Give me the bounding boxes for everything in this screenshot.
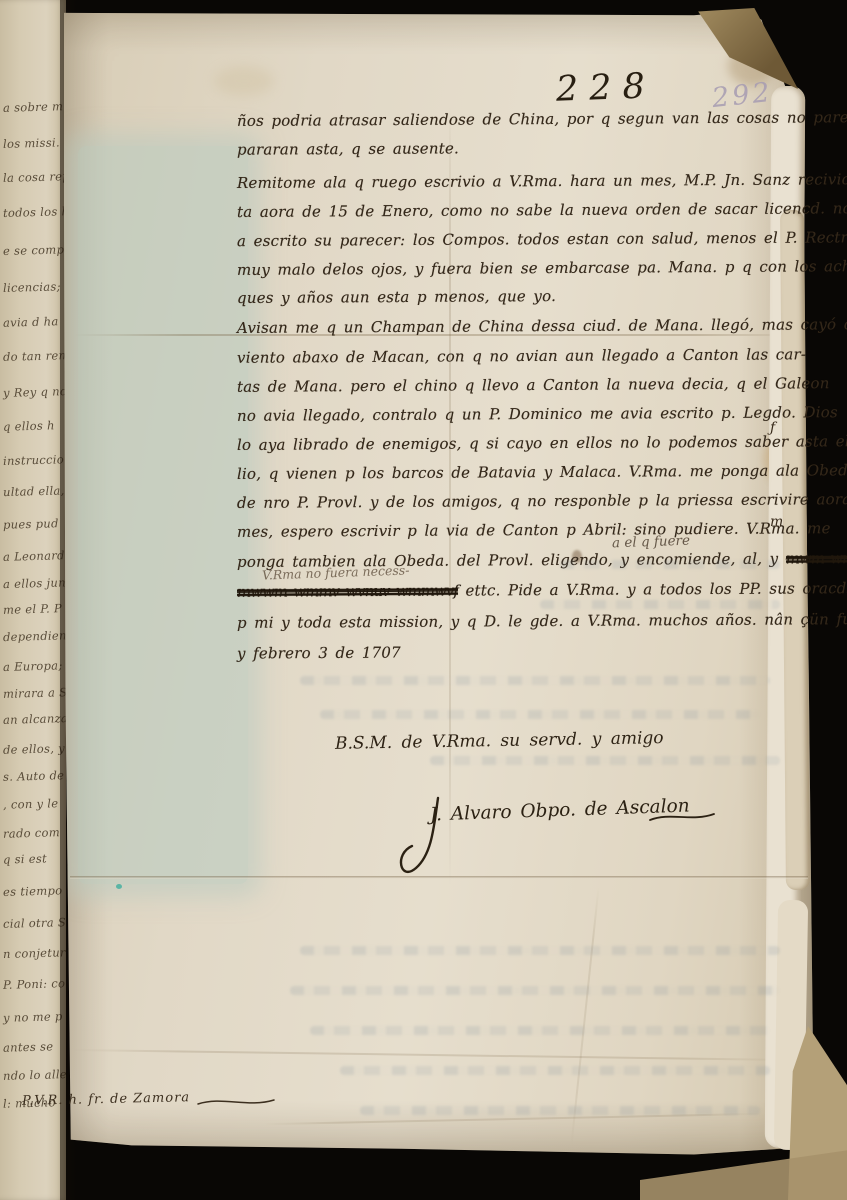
signature-tail-flourish xyxy=(648,808,718,828)
manuscript-scan-scene: a sobre mlos missi. pla cosa reptodos lo… xyxy=(0,0,847,1200)
bleedthrough-line xyxy=(300,676,770,685)
manuscript-line: Remitome ala q ruego escrivio a V.Rma. h… xyxy=(237,170,847,192)
manuscript-line: Avisan me q un Champan de China dessa ci… xyxy=(237,315,847,337)
bleedthrough-line xyxy=(430,756,780,765)
manuscript-text: ques y años aun esta p menos, que yo. xyxy=(237,287,556,307)
manuscript-line: ta aora de 15 de Enero, como no sabe la … xyxy=(237,199,847,221)
manuscript-line: mes, espero escrivir p la via de Canton … xyxy=(237,519,831,541)
struck-out-text: mwwm wmmv wvnuv wmmwvf xyxy=(237,582,458,601)
manuscript-line: lo aya librado de enemigos, q si cayo en… xyxy=(237,432,847,454)
manuscript-text: viento abaxo de Macan, con q no avian au… xyxy=(237,345,806,366)
bleedthrough-line xyxy=(310,1026,770,1035)
manuscript-text: ettc. Pide a V.Rma. y a todos los PP. su… xyxy=(458,579,847,599)
manuscript-text: Remitome ala q ruego escrivio a V.Rma. h… xyxy=(237,170,847,192)
manuscript-line: de nro P. Provl. y de los amigos, q no r… xyxy=(237,490,847,512)
manuscript-line: pararan asta, q se ausente. xyxy=(237,139,459,158)
right-edge-pen-mark: m xyxy=(770,514,783,530)
bottom-note-flourish xyxy=(196,1094,276,1112)
bleedthrough-line xyxy=(290,986,780,995)
right-edge-pen-mark: ƒ xyxy=(770,420,775,436)
manuscript-line: viento abaxo de Macan, con q no avian au… xyxy=(237,345,806,366)
manuscript-text: ños podria atrasar saliendose de China, … xyxy=(237,108,847,130)
manuscript-text: pararan asta, q se ausente. xyxy=(237,139,459,158)
manuscript-text: lo aya librado de enemigos, q si cayo en… xyxy=(237,432,847,454)
bleedthrough-line xyxy=(560,560,780,569)
manuscript-line: a escrito su parecer: los Compos. todos … xyxy=(237,228,847,250)
manuscript-line: no avia llegado, contralo q un P. Domini… xyxy=(237,403,838,425)
manuscript-line: muy malo delos ojos, y fuera bien se emb… xyxy=(237,257,847,279)
bleedthrough-line xyxy=(540,600,780,609)
manuscript-line: tas de Mana. pero el chino q llevo a Can… xyxy=(237,374,830,396)
manuscript-line: lio, q vienen p los barcos de Batavia y … xyxy=(237,461,847,483)
manuscript-text: mes, espero escrivir p la via de Canton … xyxy=(237,519,831,541)
manuscript-text: ta aora de 15 de Enero, como no sabe la … xyxy=(237,199,847,221)
manuscript-text: de nro P. Provl. y de los amigos, q no r… xyxy=(237,490,847,512)
bleedthrough-line xyxy=(320,710,760,719)
bleedthrough-line xyxy=(300,946,780,955)
manuscript-text: no avia llegado, contralo q un P. Domini… xyxy=(237,403,838,425)
struck-out-text: mwm wmw xyxy=(786,549,847,567)
manuscript-line: y febrero 3 de 1707 xyxy=(237,643,401,662)
fold-crease xyxy=(70,876,808,879)
bleedthrough-line xyxy=(340,1066,770,1075)
manuscript-line: p mi y toda esta mission, y q D. le gde.… xyxy=(237,610,847,632)
manuscript-line: ques y años aun esta p menos, que yo. xyxy=(237,287,556,307)
manuscript-text: a escrito su parecer: los Compos. todos … xyxy=(237,228,847,250)
manuscript-text: muy malo delos ojos, y fuera bien se emb… xyxy=(237,257,847,279)
interlinear-addition: a el q fuere xyxy=(612,533,691,552)
manuscript-text: p mi y toda esta mission, y q D. le gde.… xyxy=(237,610,847,632)
manuscript-text: Avisan me q un Champan de China dessa ci… xyxy=(237,315,847,337)
manuscript-text: tas de Mana. pero el chino q llevo a Can… xyxy=(237,374,830,396)
manuscript-line: ños podria atrasar saliendose de China, … xyxy=(237,108,847,130)
manuscript-text: y febrero 3 de 1707 xyxy=(237,643,401,662)
manuscript-line: mwwm wmmv wvnuv wmmwvf ettc. Pide a V.Rm… xyxy=(237,579,847,601)
bleedthrough-line xyxy=(360,1106,760,1115)
manuscript-text: lio, q vienen p los barcos de Batavia y … xyxy=(237,461,847,483)
